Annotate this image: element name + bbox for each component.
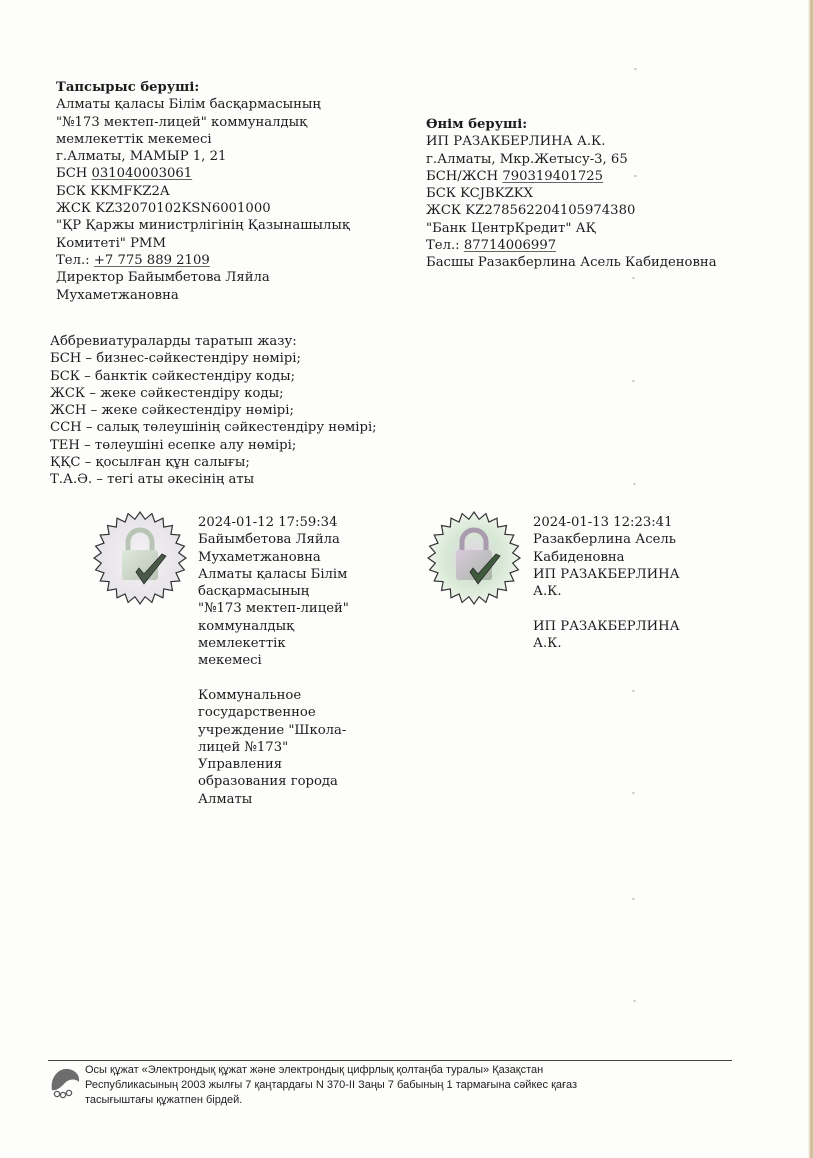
abbreviation-item: БСН – бизнес-сәйкестендіру нөмірі; — [50, 350, 377, 367]
scan-speck — [633, 483, 636, 485]
supplier-bank: "Банк ЦентрКредит" АҚ — [426, 220, 717, 237]
scan-speck — [632, 792, 635, 794]
paper-edge — [808, 0, 814, 1158]
digital-signature-seal-icon — [424, 510, 524, 606]
phone-link[interactable]: 87714006997 — [464, 238, 556, 253]
bin-link[interactable]: 790319401725 — [502, 169, 603, 184]
egov-logo-icon — [48, 1064, 82, 1100]
abbreviation-item: ҚҚС – қосылған құн салығы; — [50, 454, 377, 471]
scan-speck — [632, 898, 635, 900]
customer-block: Тапсырыс беруші: Алматы қаласы Білім бас… — [56, 79, 350, 304]
signature-line: Разакберлина Асель — [533, 531, 680, 548]
signature-line: учреждение "Школа- — [198, 722, 349, 739]
signature-info-customer: 2024-01-12 17:59:34Байымбетова ЛяйлаМуха… — [198, 514, 349, 808]
scan-speck — [634, 175, 637, 177]
customer-director: Мухаметжановна — [56, 287, 350, 304]
signature-line: лицей №173" — [198, 739, 349, 756]
signature-line: Мухаметжановна — [198, 549, 349, 566]
signature-line: Кабиденовна — [533, 549, 680, 566]
legal-notice-line: Осы құжат «Электрондық құжат және электр… — [85, 1063, 577, 1078]
bin-label: БСН — [56, 166, 91, 181]
legal-notice-line: тасығыштағы құжатпен бірдей. — [85, 1093, 577, 1108]
supplier-bik: БСК KCJBKZKX — [426, 185, 717, 202]
customer-line: мемлекеттік мекемесі — [56, 131, 350, 148]
supplier-block: Өнім беруші: ИП РАЗАКБЕРЛИНА А.К. г.Алма… — [426, 116, 717, 272]
customer-bin: БСН 031040003061 — [56, 165, 350, 182]
supplier-phone: Тел.: 87714006997 — [426, 237, 717, 254]
customer-bik: БСК KKMFKZ2A — [56, 183, 350, 200]
signature-line: Алматы — [198, 791, 349, 808]
signature-line: Байымбетова Ляйла — [198, 531, 349, 548]
footer-divider — [48, 1060, 732, 1061]
phone-label: Тел.: — [426, 238, 464, 253]
supplier-head: Басшы Разакберлина Асель Кабиденовна — [426, 254, 717, 271]
legal-notice: Осы құжат «Электрондық құжат және электр… — [85, 1063, 577, 1108]
signature-line: коммуналдық — [198, 618, 349, 635]
signature-line: "№173 мектеп-лицей" — [198, 600, 349, 617]
supplier-bin: БСН/ЖСН 790319401725 — [426, 168, 717, 185]
abbreviation-item: ЖСН – жеке сәйкестендіру нөмірі; — [50, 402, 377, 419]
signature-line: ИП РАЗАКБЕРЛИНА — [533, 618, 680, 635]
supplier-iik: ЖСК KZ278562204105974380 — [426, 202, 717, 219]
signature-line: мемлекеттік — [198, 635, 349, 652]
signature-line: государственное — [198, 704, 349, 721]
customer-director: Директор Байымбетова Ляйла — [56, 269, 350, 286]
customer-line: Алматы қаласы Білім басқармасының — [56, 96, 350, 113]
supplier-heading: Өнім беруші: — [426, 116, 717, 133]
signature-line: Коммунальное — [198, 687, 349, 704]
abbreviations-title: Аббревиатураларды таратып жазу: — [50, 333, 377, 350]
abbreviation-item: ТЕН – төлеушіні есепке алу нөмірі; — [50, 437, 377, 454]
abbreviations-block: Аббревиатураларды таратып жазу: БСН – би… — [50, 333, 377, 489]
legal-notice-line: Республикасының 2003 жылғы 7 қаңтардағы … — [85, 1078, 577, 1093]
digital-signature-seal-icon — [90, 510, 190, 606]
signature-line: 2024-01-13 12:23:41 — [533, 514, 680, 531]
scan-speck — [632, 690, 635, 692]
signature-line — [198, 670, 349, 687]
customer-line: "№173 мектеп-лицей" коммуналдық — [56, 114, 350, 131]
abbreviation-item: ССН – салық төлеушінің сәйкестендіру нөм… — [50, 419, 377, 436]
signature-line: басқармасының — [198, 583, 349, 600]
signature-line — [533, 600, 680, 617]
supplier-address: г.Алматы, Мкр.Жетысу-3, 65 — [426, 151, 717, 168]
scan-speck — [632, 277, 635, 279]
scan-speck — [632, 380, 635, 382]
signature-line: А.К. — [533, 583, 680, 600]
customer-iik: ЖСК KZ32070102KSN6001000 — [56, 200, 350, 217]
abbreviation-item: БСК – банктік сәйкестендіру коды; — [50, 368, 377, 385]
signature-line: Алматы қаласы Білім — [198, 566, 349, 583]
customer-heading: Тапсырыс беруші: — [56, 79, 350, 96]
abbreviation-item: ЖСК – жеке сәйкестендіру коды; — [50, 385, 377, 402]
phone-label: Тел.: — [56, 253, 94, 268]
supplier-name: ИП РАЗАКБЕРЛИНА А.К. — [426, 133, 717, 150]
customer-phone: Тел.: +7 775 889 2109 — [56, 252, 350, 269]
signature-line: мекемесі — [198, 652, 349, 669]
signature-line: 2024-01-12 17:59:34 — [198, 514, 349, 531]
signature-line: Управления — [198, 756, 349, 773]
signature-info-supplier: 2024-01-13 12:23:41Разакберлина АсельКаб… — [533, 514, 680, 652]
scan-speck — [633, 1000, 636, 1002]
scan-speck — [634, 68, 637, 70]
customer-bank: Комитеті" РММ — [56, 235, 350, 252]
signature-line: ИП РАЗАКБЕРЛИНА — [533, 566, 680, 583]
phone-link[interactable]: +7 775 889 2109 — [94, 253, 210, 268]
bin-link[interactable]: 031040003061 — [91, 166, 192, 181]
signature-line: А.К. — [533, 635, 680, 652]
signature-line: образования города — [198, 773, 349, 790]
abbreviation-item: Т.А.Ә. – тегі аты әкесінің аты — [50, 471, 377, 488]
bin-label: БСН/ЖСН — [426, 169, 502, 184]
customer-bank: "ҚР Қаржы министрлігінің Қазынашылық — [56, 217, 350, 234]
customer-address: г.Алматы, МАМЫР 1, 21 — [56, 148, 350, 165]
